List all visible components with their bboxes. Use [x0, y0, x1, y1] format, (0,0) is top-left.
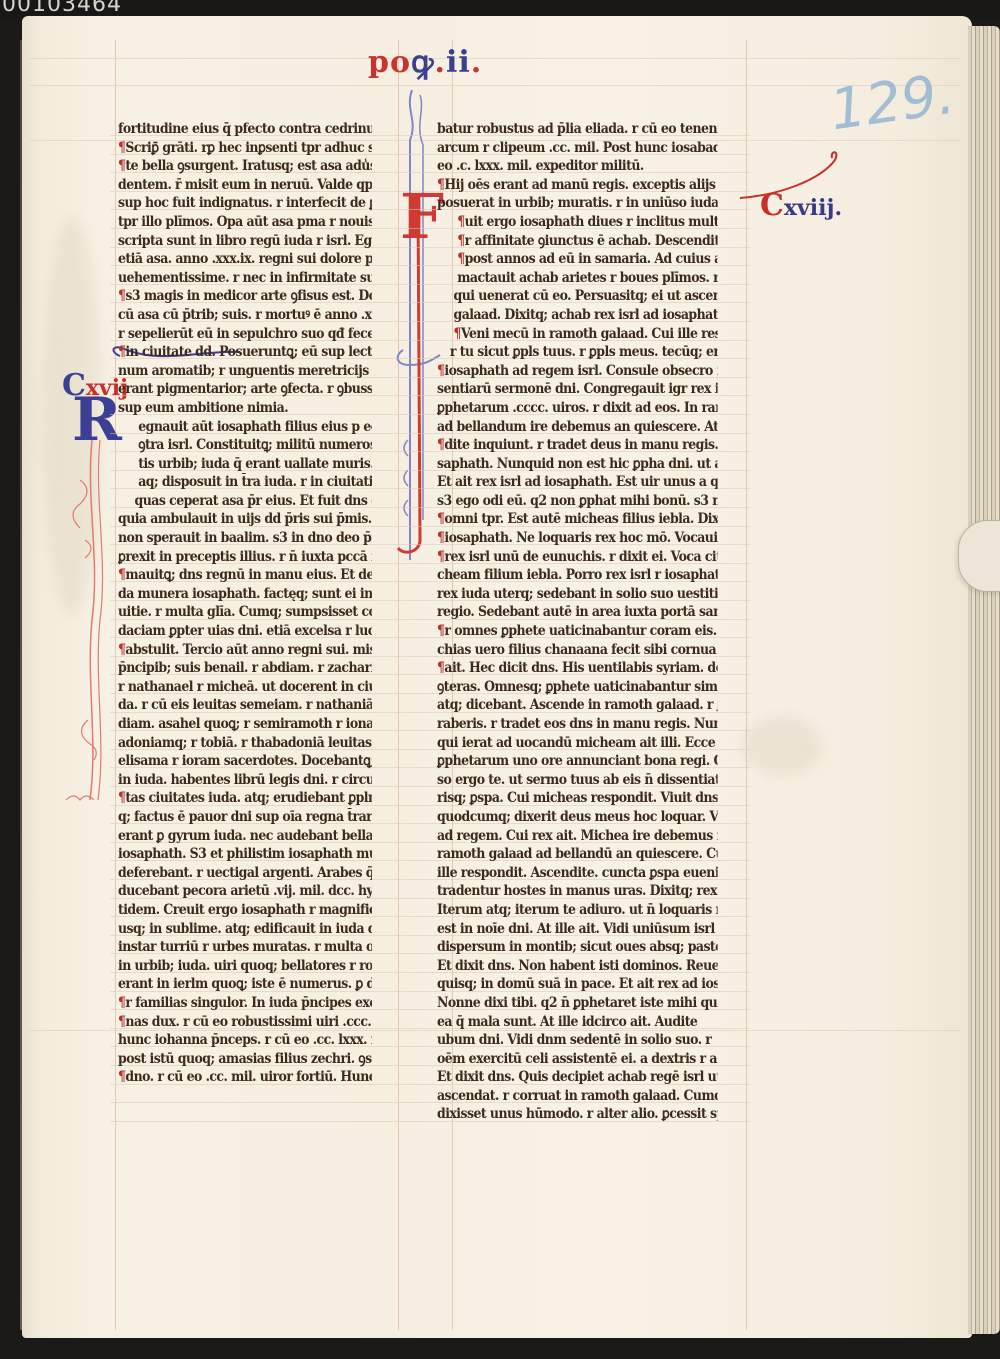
- rubric-mark: ¶: [457, 251, 464, 267]
- text-line: galaad. Dixitq; achab rex isrl ad iosaph…: [437, 306, 718, 325]
- text-line: in iuda. habentes librū legis dni. r cir…: [118, 771, 372, 790]
- text-line: usq; in sublime. atq; edificauit in iuda…: [118, 920, 372, 939]
- text-line: tis urbib; iuda q̄ erant uallate muris. …: [118, 455, 372, 474]
- text-line: cheam filium iebla. Porro rex isrl r ios…: [437, 566, 718, 585]
- text-line: rex iuda uterq; sedebant in solio suo ue…: [437, 585, 718, 604]
- text-line: arcum r clipeum .cc. mil. Post hunc iosa…: [437, 139, 718, 158]
- text-line: ea q̄ mala sunt. At ille idcirco ait. Au…: [437, 1013, 718, 1032]
- text-line: dixisset unus hūmodo. r alter alio. ꝑces…: [437, 1105, 718, 1124]
- text-line: ¶nas dux. r cū eo robustissimi uiri .ccc…: [118, 1013, 372, 1032]
- text-line: ad bellandum ire debemus an quiescere. A…: [437, 418, 718, 437]
- text-line: r tu sicut ꝑpls tuus. r ꝑpls meus. tecūq…: [437, 343, 718, 362]
- text-line: ꝯteras. Omnesq; ꝑphete uaticinabantur si…: [437, 678, 718, 697]
- text-line: dentem. r̄ misit eum in neruū. Valde qpp…: [118, 176, 372, 195]
- text-line: qui uenerat cū eo. Persuasitq; ei ut asc…: [437, 287, 718, 306]
- text-line: ꝑphetarum .cccc. uiros. r dixit ad eos. …: [437, 399, 718, 418]
- text-line: erant in ierlm quoꝗ; iste ē numerus. ꝑ d…: [118, 975, 372, 994]
- rubric-mark: ¶: [437, 437, 444, 453]
- text-line: ¶omni tpr. Est autē micheas filius iebla…: [437, 510, 718, 529]
- text-line: ¶dite inquiunt. r tradet deus in manu re…: [437, 436, 718, 455]
- text-line: mactauit achab arietes r boues plīmos. r…: [437, 269, 718, 288]
- text-line: ¶dno. r cū eo .cc. mil. uiror fortiū. Hu…: [118, 1068, 372, 1087]
- text-line: s3 ego odi eū. q2 non ꝑphat mihi bonū. s…: [437, 492, 718, 511]
- text-line: Nonne dixi tibi. q2 n̄ ꝑphetaret iste mi…: [437, 994, 718, 1013]
- text-line: uitie. r multa glīa. Cumq; sumpsisset co…: [118, 603, 372, 622]
- rubric-mark: ¶: [118, 995, 125, 1011]
- rubric-mark: ¶: [454, 326, 461, 342]
- text-line: batur robustus ad p̄lia eliada. r cū eo …: [437, 120, 718, 139]
- text-line: deferebant. r uectigal argenti. Arabes q…: [118, 864, 372, 883]
- text-line: sup eum ambitione nimia.: [118, 399, 372, 418]
- text-line: erant ꝑ gyrum iuda. nec audebant bellare…: [118, 827, 372, 846]
- rubric-mark: ¶: [437, 549, 444, 565]
- text-line: Iterum atq; iterum te adiuro. ut n̄ loqu…: [437, 901, 718, 920]
- rubric-mark: ¶: [437, 511, 444, 527]
- text-line: ¶mauitꝗ; dns regnū in manu eius. Et dedi…: [118, 566, 372, 585]
- text-line: ¶ait. Hec dicit dns. His uentilabis syri…: [437, 659, 718, 678]
- rubric-mark: ¶: [457, 233, 464, 249]
- text-line: oēm exercitū celi assistentē ei. a dextr…: [437, 1050, 718, 1069]
- text-line: r nathanael r micheā. ut docerent in ciu…: [118, 678, 372, 697]
- text-line: ¶post annos ad eū in samaria. Ad cuius a…: [437, 250, 718, 269]
- rubric-mark: ¶: [437, 660, 444, 676]
- rubric-mark: ¶: [437, 363, 444, 379]
- text-line: ¶rex isrl unū de eunuchis. r dixit ei. V…: [437, 548, 718, 567]
- text-line: hunc iohanna p̄nceps. r cū eo .cc. lxxx.…: [118, 1031, 372, 1050]
- text-line: so ergo te. ut sermo tuus ab eis n̄ diss…: [437, 771, 718, 790]
- text-line: ¶uit ergo iosaphath diues r inclitus mul…: [437, 213, 718, 232]
- text-line: quia ambulauit in uijs dd p̄ris sui p̄mi…: [118, 510, 372, 529]
- text-line: tradentur hostes in manus uras. Dixitq; …: [437, 882, 718, 901]
- text-line: ꝑphetarum uno ore annunciant bona regi. …: [437, 752, 718, 771]
- text-line: adoniamq; r tobiā. r thabadoniā leuitas.…: [118, 734, 372, 753]
- text-line: chias uero filius chanaana fecit sibi co…: [437, 641, 718, 660]
- rubric-mark: ¶: [437, 530, 444, 546]
- text-line: quas ceperat asa p̄r eius. Et fuit dns c…: [118, 492, 372, 511]
- rubric-mark: ¶: [457, 214, 464, 230]
- rubric-mark: ¶: [118, 140, 125, 156]
- text-line: ¶s3 magis in medicor arte ꝯfisus est. Do…: [118, 287, 372, 306]
- text-line: ¶iosaphath ad regem isrl. Consule obsecr…: [437, 362, 718, 381]
- text-line: ¶Veni mecū in ramoth galaad. Cui ille re…: [437, 325, 718, 344]
- text-line: p̄ncipib; suis benail. r abdiam. r zacha…: [118, 659, 372, 678]
- rubric-mark: ¶: [118, 158, 125, 174]
- text-line: atq; dicebant. Ascende in ramoth galaad.…: [437, 696, 718, 715]
- rubric-mark: ¶: [118, 1014, 125, 1030]
- text-line: da munera iosaphath. factęq; sunt ei inf…: [118, 585, 372, 604]
- rubric-mark: ¶: [118, 567, 125, 583]
- text-line: qui ierat ad uocandū micheam ait illi. E…: [437, 734, 718, 753]
- text-line: q; factus ē pauor dni sup oīa regna t̄ra…: [118, 808, 372, 827]
- text-line: cū asa cū p̄trib; suis. r mortuꝰ ē anno …: [118, 306, 372, 325]
- text-line: ꝑrexit in preceptis illius. r n̄ iuxta p…: [118, 548, 372, 567]
- text-line: ¶abstulit. Tercio aūt anno regni sui. mi…: [118, 641, 372, 660]
- text-line: ille respondit. Ascendite. cuncta ꝑspa e…: [437, 864, 718, 883]
- rubric-mark: ¶: [118, 1069, 125, 1085]
- text-line: ¶Hij oēs erant ad manū regis. exceptis a…: [437, 176, 718, 195]
- text-line: ¶Scriꝑ̄ grāti. rꝑ hec inꝑsenti tpr adhuc…: [118, 139, 372, 158]
- text-line: ramoth galaad ad bellandū an quiescere. …: [437, 845, 718, 864]
- text-line: egnauit aūt iosaphath filius eius p eo. …: [118, 418, 372, 437]
- text-line: ꝯtra isrl. Constituitꝗ; militū numeros i…: [118, 436, 372, 455]
- text-line: fortitudine eius q̄ pfecto contra cedrin…: [118, 120, 372, 139]
- text-line: r sepelierūt eū in sepulchro suo qđ fece…: [118, 325, 372, 344]
- text-line: quodcumq; dixerit deus meus hoc loquar. …: [437, 808, 718, 827]
- text-line: est in noīe dni. At ille ait. Vidi uniūs…: [437, 920, 718, 939]
- text-line: etiā asa. anno .xxx.ix. regni sui dolore…: [118, 250, 372, 269]
- text-line: risq; ꝑspa. Cui micheas respondit. Viuit…: [437, 789, 718, 808]
- text-line: scripta sunt in libro regū iuda r isrl. …: [118, 232, 372, 251]
- text-line: Et dixit dns. Quis decipiet achab regē i…: [437, 1068, 718, 1087]
- text-line: da. r cū eis leuitas semeiam. r nathaniā…: [118, 696, 372, 715]
- text-line: non sperauit in baalim. s3 in dno deo p̄…: [118, 529, 372, 548]
- rubric-mark: ¶: [437, 623, 444, 639]
- text-line: Et dixit dns. Non habent isti dominos. R…: [437, 957, 718, 976]
- text-line: erant pigmentarior; arte ꝯfecta. r ꝯbuss…: [118, 380, 372, 399]
- text-line: dispersum in montib; sicut oues absq; pa…: [437, 938, 718, 957]
- text-column-left: fortitudine eius q̄ pfecto contra cedrin…: [118, 120, 394, 1087]
- text-column-right: batur robustus ad p̄lia eliada. r cū eo …: [437, 120, 742, 1124]
- rubric-mark: ¶: [118, 790, 125, 806]
- text-line: ¶r omnes ꝑphete uaticinabantur coram eis…: [437, 622, 718, 641]
- text-line: eo .c. lxxx. mil. expeditor militū.: [437, 157, 718, 176]
- text-line: ¶r familias singulor. In iuda p̄ncipes e…: [118, 994, 372, 1013]
- text-line: uehementissime. r nec in infirmitate sua…: [118, 269, 372, 288]
- text-line: saphath. Nunquid non est hic ꝑpha dni. u…: [437, 455, 718, 474]
- text-line: ascendat. r corruat in ramoth galaad. Cu…: [437, 1087, 718, 1106]
- text-line: ¶tas ciuitates iuda. atq; erudiebant ꝑpl…: [118, 789, 372, 808]
- text-line: ubum dni. Vidi dnm sedentē in solio suo.…: [437, 1031, 718, 1050]
- text-line: in urbib; iuda. uiri quoq; bellatores r …: [118, 957, 372, 976]
- text-line: ¶te bella ꝯsurgent. Iratusq; est asa adu…: [118, 157, 372, 176]
- text-line: elisama r ioram sacerdotes. Docebantꝗ; ꝑ…: [118, 752, 372, 771]
- text-line: raberis. r tradet eos dns in manu regis.…: [437, 715, 718, 734]
- text-line: aq; disposuit in t̄ra iuda. r in ciuitat…: [118, 473, 372, 492]
- rubric-mark: ¶: [118, 288, 125, 304]
- text-line: ¶r affinitate ꝯiunctus ē achab. Descendi…: [437, 232, 718, 251]
- text-line: posuerat in urbib; muratis. r in uniūso …: [437, 194, 718, 213]
- text-line: iosaphath. S3 et philistim iosaphath mun…: [118, 845, 372, 864]
- text-line: instar turriū r urbes muratas. r multa o…: [118, 938, 372, 957]
- text-line: ducebant pecora arietū .vij. mil. dcc. h…: [118, 882, 372, 901]
- text-line: num aromatib; r unguentis meretricijs qu…: [118, 362, 372, 381]
- text-line: sup hoc fuit indignatus. r interfecit de…: [118, 194, 372, 213]
- text-line: quisq; in domū suā in pace. Et ait rex a…: [437, 975, 718, 994]
- rubric-mark: ¶: [437, 177, 444, 193]
- rubric-mark: ¶: [118, 344, 125, 360]
- text-line: ¶iosaphath. Ne loquaris rex hoc mō. Voca…: [437, 529, 718, 548]
- rubric-mark: ¶: [118, 642, 125, 658]
- text-line: daciam ꝑpter uias dni. etiā excelsa r lu…: [118, 622, 372, 641]
- text-line: post istū quoq; amasias filius zechri. ꝯ…: [118, 1050, 372, 1069]
- text-line: Et ait rex isrl ad iosaphath. Est uir un…: [437, 473, 718, 492]
- text-line: tidem. Creuit ergo iosaphath r magnifica…: [118, 901, 372, 920]
- text-line: ¶in ciuitate dd. Posueruntꝗ; eū sup lect…: [118, 343, 372, 362]
- text-line: diam. asahel quoꝗ; r semiramoth r ionath…: [118, 715, 372, 734]
- text-line: regio. Sedebant autē in area iuxta portā…: [437, 603, 718, 622]
- text-line: ad regem. Cui rex ait. Michea ire debemu…: [437, 827, 718, 846]
- text-line: sentiarū sermonē dni. Congregauit igr re…: [437, 380, 718, 399]
- text-line: tpr illo plīmos. Opa aūt asa pma r nouis…: [118, 213, 372, 232]
